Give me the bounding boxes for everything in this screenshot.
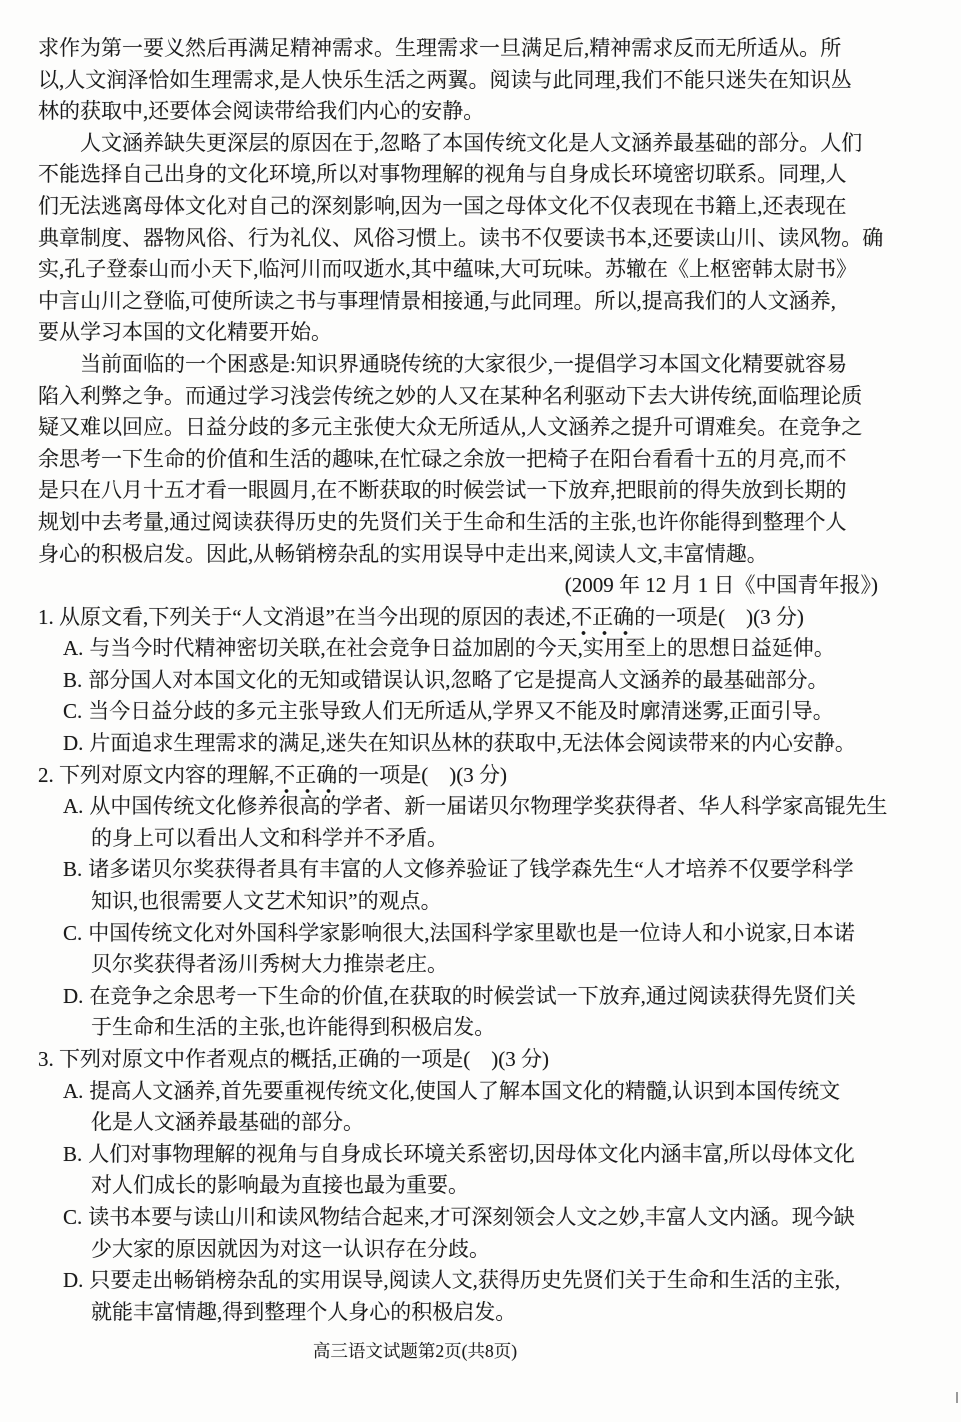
scan-artifact (956, 1392, 958, 1403)
question-3-option-b-cont: 对人们成长的影响最为直接也最为重要。 (38, 1170, 930, 1202)
page-footer: 高三语文试题第2页(共8页) (0, 1338, 830, 1363)
passage-line: 疑又难以回应。日益分歧的多元主张使大众无所适从,人文涵养之提升可谓难矣。在竞争之 (38, 412, 930, 444)
option-text: 片面追求生理需求的满足,迷失在知识丛林的获取中,无法体会阅读带来的内心安静。 (89, 731, 856, 755)
question-2-option-b-cont: 知识,也很需要人文艺术知识”的观点。 (38, 886, 930, 918)
question-1-stem-pre: 1. 从原文看,下列关于“人文消退”在当今出现的原因的表述, (38, 605, 571, 629)
question-1-stem: 1. 从原文看,下列关于“人文消退”在当今出现的原因的表述,不正确的一项是( )… (38, 602, 930, 634)
option-text: 从中国传统文化修养很高的学者、新一届诺贝尔物理学奖获得者、华人科学家高锟先生 (89, 794, 887, 818)
option-text: 诸多诺贝尔奖获得者具有丰富的人文修养验证了钱学森先生“人才培养不仅要学科学 (88, 857, 853, 881)
option-text: 与当今时代精神密切关联,在社会竞争日益加剧的今天,实用至上的思想日益延伸。 (89, 636, 835, 660)
question-3-option-b: B.人们对事物理解的视角与自身成长环境关系密切,因母体文化内涵丰富,所以母体文化 (38, 1139, 930, 1171)
option-text: 中国传统文化对外国科学家影响很大,法国科学家里歇也是一位诗人和小说家,日本诺 (88, 921, 855, 945)
question-3-option-a: A.提高人文涵养,首先要重视传统文化,使国人了解本国文化的精髓,认识到本国传统文 (38, 1076, 930, 1108)
passage-line: 求作为第一要义然后再满足精神需求。生理需求一旦满足后,精神需求反而无所适从。所 (38, 33, 930, 65)
question-3-option-a-cont: 化是人文涵养最基础的部分。 (38, 1107, 930, 1139)
exam-page: 求作为第一要义然后再满足精神需求。生理需求一旦满足后,精神需求反而无所适从。所 … (0, 0, 961, 1422)
passage-line: 要从学习本国的文化精要开始。 (38, 317, 930, 349)
option-label: B. (63, 668, 82, 692)
option-text: 读书本要与读山川和读风物结合起来,才可深刻领会人文之妙,丰富人文内涵。现今缺 (88, 1205, 855, 1229)
question-3-option-c-cont: 少大家的原因就因为对这一认识存在分歧。 (38, 1234, 930, 1266)
option-label: C. (63, 1205, 82, 1229)
option-label: A. (63, 1079, 83, 1103)
question-2-stem: 2. 下列对原文内容的理解,不正确的一项是( )(3 分) (38, 760, 930, 792)
passage-line: 林的获取中,还要体会阅读带给我们内心的安静。 (38, 96, 930, 128)
emphasis-underdots: 不正确 (571, 605, 634, 636)
option-label: D. (63, 984, 83, 1008)
question-2-option-a: A.从中国传统文化修养很高的学者、新一届诺贝尔物理学奖获得者、华人科学家高锟先生 (38, 791, 930, 823)
question-1-stem-post: 的一项是( )(3 分) (634, 605, 804, 629)
passage-line: 规划中去考量,通过阅读获得历史的先贤们关于生命和生活的主张,也许你能得到整理个人 (38, 507, 930, 539)
emphasis-underdots: 不正确 (274, 763, 337, 794)
option-label: A. (63, 794, 83, 818)
option-text: 当今日益分歧的多元主张导致人们无所适从,学界又不能及时廓清迷雾,正面引导。 (88, 699, 834, 723)
question-3-stem: 3. 下列对原文中作者观点的概括,正确的一项是( )(3 分) (38, 1044, 930, 1076)
passage-line: 人文涵养缺失更深层的原因在于,忽略了本国传统文化是人文涵养最基础的部分。人们 (38, 128, 930, 160)
option-label: D. (63, 1268, 83, 1292)
option-label: C. (63, 921, 82, 945)
option-label: C. (63, 699, 82, 723)
passage-source: (2009 年 12 月 1 日《中国青年报》) (38, 570, 930, 602)
passage-line: 余思考一下生命的价值和生活的趣味,在忙碌之余放一把椅子在阳台看看十五的月亮,而不 (38, 444, 930, 476)
passage-line: 不能选择自己出身的文化环境,所以对事物理解的视角与自身成长环境密切联系。同理,人 (38, 159, 930, 191)
passage-line: 身心的积极启发。因此,从畅销榜杂乱的实用误导中走出来,阅读人文,丰富情趣。 (38, 539, 930, 571)
question-2-stem-post: 的一项是( )(3 分) (337, 763, 507, 787)
passage-line: 们无法逃离母体文化对自己的深刻影响,因为一国之母体文化不仅表现在书籍上,还表现在 (38, 191, 930, 223)
option-text: 只要走出畅销榜杂乱的实用误导,阅读人文,获得历史先贤们关于生命和生活的主张, (89, 1268, 840, 1292)
passage-line: 典章制度、器物风俗、行为礼仪、风俗习惯上。读书不仅要读书本,还要读山川、读风物。… (38, 223, 930, 255)
question-2-option-d: D.在竞争之余思考一下生命的价值,在获取的时候尝试一下放弃,通过阅读获得先贤们关 (38, 981, 930, 1013)
option-label: B. (63, 1142, 82, 1166)
passage-line: 中言山川之登临,可使所读之书与事理情景相接通,与此同理。所以,提高我们的人文涵养… (38, 286, 930, 318)
question-1-option-c: C.当今日益分歧的多元主张导致人们无所适从,学界又不能及时廓清迷雾,正面引导。 (38, 696, 930, 728)
question-1-option-d: D.片面追求生理需求的满足,迷失在知识丛林的获取中,无法体会阅读带来的内心安静。 (38, 728, 930, 760)
option-text: 部分国人对本国文化的无知或错误认识,忽略了它是提高人文涵养的最基础部分。 (88, 668, 828, 692)
question-3-option-d-cont: 就能丰富情趣,得到整理个人身心的积极启发。 (38, 1297, 930, 1329)
option-label: B. (63, 857, 82, 881)
exam-content: 求作为第一要义然后再满足精神需求。生理需求一旦满足后,精神需求反而无所适从。所 … (38, 33, 930, 1328)
passage-line: 陷入利弊之争。而通过学习浅尝传统之妙的人又在某种名利驱动下去大讲传统,面临理论质 (38, 381, 930, 413)
question-2-option-a-cont: 的身上可以看出人文和科学并不矛盾。 (38, 823, 930, 855)
passage-line: 是只在八月十五才看一眼圆月,在不断获取的时候尝试一下放弃,把眼前的得失放到长期的 (38, 475, 930, 507)
option-text: 在竞争之余思考一下生命的价值,在获取的时候尝试一下放弃,通过阅读获得先贤们关 (89, 984, 856, 1008)
passage-line: 当前面临的一个困惑是:知识界通晓传统的大家很少,一提倡学习本国文化精要就容易 (38, 349, 930, 381)
question-1-option-a: A.与当今时代精神密切关联,在社会竞争日益加剧的今天,实用至上的思想日益延伸。 (38, 633, 930, 665)
question-2-option-d-cont: 于生命和生活的主张,也许能得到积极启发。 (38, 1012, 930, 1044)
option-text: 提高人文涵养,首先要重视传统文化,使国人了解本国文化的精髓,认识到本国传统文 (89, 1079, 840, 1103)
question-3-stem-pre: 3. 下列对原文中作者观点的概括,正确的一项是( )(3 分) (38, 1047, 549, 1071)
passage-line: 以,人文润泽恰如生理需求,是人快乐生活之两翼。阅读与此同理,我们不能只迷失在知识… (38, 65, 930, 97)
question-3-option-d: D.只要走出畅销榜杂乱的实用误导,阅读人文,获得历史先贤们关于生命和生活的主张, (38, 1265, 930, 1297)
question-2-option-c-cont: 贝尔奖获得者汤川秀树大力推崇老庄。 (38, 949, 930, 981)
passage-line: 实,孔子登泰山而小天下,临河川而叹逝水,其中蕴味,大可玩味。苏辙在《上枢密韩太尉… (38, 254, 930, 286)
question-1-option-b: B.部分国人对本国文化的无知或错误认识,忽略了它是提高人文涵养的最基础部分。 (38, 665, 930, 697)
option-label: A. (63, 636, 83, 660)
question-2-option-b: B.诸多诺贝尔奖获得者具有丰富的人文修养验证了钱学森先生“人才培养不仅要学科学 (38, 854, 930, 886)
option-label: D. (63, 731, 83, 755)
question-2-stem-pre: 2. 下列对原文内容的理解, (38, 763, 274, 787)
question-2-option-c: C.中国传统文化对外国科学家影响很大,法国科学家里歇也是一位诗人和小说家,日本诺 (38, 918, 930, 950)
question-3-option-c: C.读书本要与读山川和读风物结合起来,才可深刻领会人文之妙,丰富人文内涵。现今缺 (38, 1202, 930, 1234)
option-text: 人们对事物理解的视角与自身成长环境关系密切,因母体文化内涵丰富,所以母体文化 (88, 1142, 855, 1166)
